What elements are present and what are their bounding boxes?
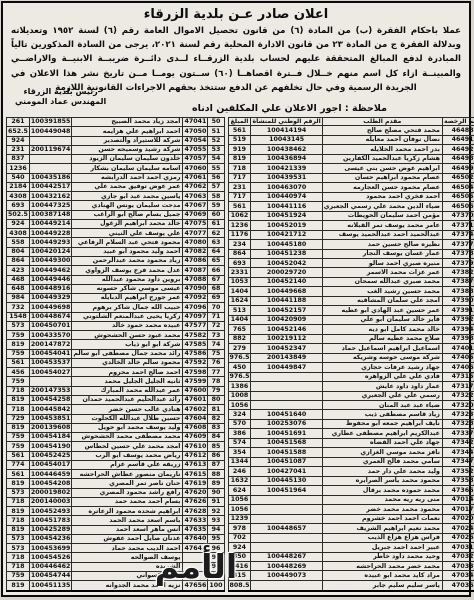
row-number: 63 bbox=[208, 238, 224, 247]
applicant-name: عدنان صايل احمد عفوش bbox=[72, 534, 183, 543]
table-row: 746504عصام محمود حسن العجارمه10046307023… bbox=[228, 183, 474, 192]
license-number: 47608 bbox=[183, 423, 208, 432]
license-number: 46499 bbox=[442, 164, 474, 173]
row-number: 91 bbox=[208, 497, 224, 506]
national-id: 100219112 bbox=[251, 334, 322, 343]
applicant-name: عامر محمد يوسف تمر القبلانه bbox=[322, 221, 442, 230]
license-number: 47609 bbox=[183, 433, 208, 442]
table-row: 9447635انس ماهر اسعد احمد100425289819 bbox=[7, 525, 225, 534]
table-row: 8947619حنان ناصر تمر المصري100454208819 bbox=[7, 479, 225, 488]
amount: 924 bbox=[228, 543, 251, 552]
national-id: 100448267 bbox=[251, 552, 322, 561]
amount: 919 bbox=[228, 145, 251, 154]
applicant-name: باسم اسعد محمد الحمد bbox=[72, 516, 183, 525]
row-number: 50 bbox=[208, 118, 224, 127]
amount: 561 bbox=[7, 358, 30, 367]
amount: 924 bbox=[7, 136, 30, 145]
license-number: 47633 bbox=[183, 516, 208, 525]
license-number: 47387 bbox=[442, 277, 474, 286]
applicant-name: عمر عزات محمد الاسمر bbox=[322, 268, 442, 277]
table-row: 1547379منيره صبري احمد سالو100452042693 bbox=[228, 258, 474, 267]
license-number: 47610 bbox=[183, 442, 208, 451]
row-number: 72 bbox=[208, 321, 224, 330]
license-number: 47378 bbox=[442, 249, 474, 258]
table-row: 2247394خالد محمد كامل ابو ديه10045214676… bbox=[228, 325, 474, 334]
applicant-name: محمود محمد ياسر الصرايره bbox=[322, 476, 442, 485]
amount: 648 bbox=[7, 284, 30, 293]
applicant-name: يوسف الصوالحه bbox=[72, 553, 183, 562]
national-id: 100454017 bbox=[29, 460, 71, 469]
license-number: 47390 bbox=[442, 296, 474, 305]
national-id: 100391855 bbox=[29, 118, 71, 127]
national-id: 100450701 bbox=[29, 321, 71, 330]
amount: 718 bbox=[228, 164, 251, 173]
applicant-name: خالد محمد ابراهيم الزغول bbox=[72, 219, 183, 228]
amount: 1008 bbox=[228, 391, 251, 400]
table-row: 2847317عمار داود داود عايش1386 bbox=[228, 382, 474, 391]
amount: 2331 bbox=[228, 268, 251, 277]
table-row: 1247374عبدالحميد احمد عبدالحميد يوسف1004… bbox=[228, 230, 474, 239]
amount: 561 bbox=[228, 202, 251, 211]
license-number: 47062 bbox=[183, 182, 208, 191]
national-id: 100454744 bbox=[29, 572, 71, 581]
license-number: 47067 bbox=[183, 201, 208, 210]
national-id: 100453537 bbox=[29, 358, 71, 367]
license-number: 47392 bbox=[442, 315, 474, 324]
applicant-name: جهاد رشيد عرفات حجازي bbox=[322, 363, 442, 372]
license-number: 47063 bbox=[183, 192, 208, 201]
license-number: 47050 bbox=[183, 127, 208, 136]
national-id: 100449847 bbox=[251, 363, 322, 372]
table-row: 4347024محمد نعيم ابراهيم الشريف100448657… bbox=[228, 524, 474, 533]
applicant-name: حبيب الله جمال شاكر برهوم bbox=[72, 303, 183, 312]
table-row: 5847063ياسين محمد عبد ابو جازي1004321624… bbox=[7, 192, 225, 201]
national-id: 100454041 bbox=[29, 349, 71, 358]
amount: 315 bbox=[228, 571, 251, 580]
amount: 976.5 bbox=[228, 372, 251, 381]
applicant-name: الشريده bbox=[72, 562, 183, 571]
license-number: 47582 bbox=[183, 331, 208, 340]
table-row: 346492بدر احمد محمد الخلايله100438462919 bbox=[228, 145, 474, 154]
table-row: 7847599ثانيه الجليل الجليل محمد759 bbox=[7, 377, 225, 386]
amount: 561 bbox=[228, 126, 251, 135]
table-row: 5647061رمزي احمد احمد الدرابشه1004351865… bbox=[7, 173, 225, 182]
amount: 231 bbox=[228, 183, 251, 192]
applicant-name: حسين طلال عبدالله الكحلوت bbox=[72, 414, 183, 423]
license-number: 47092 bbox=[183, 294, 208, 303]
amount: 978 bbox=[228, 524, 251, 533]
applicant-name: رمزي احمد احمد الدرابشه bbox=[72, 173, 183, 182]
license-number: 47406 bbox=[442, 363, 474, 372]
row-number: 62 bbox=[208, 229, 224, 238]
row-number: 80 bbox=[208, 395, 224, 404]
amount: 819 bbox=[7, 479, 30, 488]
table-row: 3847358محمود محمد ياسر الصرايره100445130… bbox=[228, 476, 474, 485]
table-row: 4847034مراد كايد محمد ابو عبيده100449073… bbox=[228, 571, 474, 580]
row-number: 79 bbox=[208, 386, 224, 395]
left-table: 5047041امجد زياد محمد الصبيح100391855261… bbox=[6, 117, 225, 592]
license-number: 47619 bbox=[183, 479, 208, 488]
national-id: 100425289 bbox=[29, 525, 71, 534]
applicant-name: عبيده محمد حمود خالد bbox=[72, 321, 183, 330]
row-number: 75 bbox=[208, 349, 224, 358]
table-row: 3147323زياد قاسم مصطفى ذيب100451640324 bbox=[228, 410, 474, 419]
row-number: 59 bbox=[208, 201, 224, 210]
amount: 804 bbox=[7, 247, 30, 256]
table-row: 7347582محمد عبود حسن الحشحوش100433570759 bbox=[7, 331, 225, 340]
row-number: 77 bbox=[208, 368, 224, 377]
license-number: 47371 bbox=[442, 221, 474, 230]
amount: 1236 bbox=[7, 164, 30, 173]
national-id bbox=[29, 164, 71, 173]
applicant-name: هنادي غالب حسن خضر bbox=[72, 405, 183, 414]
national-id bbox=[251, 391, 322, 400]
table-row: 8247604حسين طلال عبدالله الكحلوت10045385… bbox=[7, 414, 225, 423]
national-id: 100452347 bbox=[251, 344, 322, 353]
license-number: 46505 bbox=[442, 192, 474, 201]
national-id: 200019802 bbox=[29, 488, 71, 497]
license-number: 47328 bbox=[442, 419, 474, 428]
applicant-name: اسامه سليمان سليمان بشكار bbox=[72, 164, 183, 173]
license-number: 47077 bbox=[183, 229, 208, 238]
row-number: 73 bbox=[208, 331, 224, 340]
amount: 819 bbox=[7, 395, 30, 404]
license-number: 47075 bbox=[183, 219, 208, 228]
applicant-name: رسمي علي علي الجعبري bbox=[322, 391, 442, 400]
license-number: 47054 bbox=[183, 136, 208, 145]
license-number: 47086 bbox=[183, 256, 208, 265]
applicant-name: رافع راشد محمود المصري bbox=[72, 488, 183, 497]
amount: 1404 bbox=[228, 287, 251, 296]
table-row: 6447082احمد وليد محمود ابو عبيد100420124… bbox=[7, 247, 225, 256]
license-number: 47352 bbox=[442, 467, 474, 476]
national-id: 100454190 bbox=[29, 442, 71, 451]
tables-container: 5047041امجد زياد محمد الصبيح100391855261… bbox=[6, 117, 466, 592]
national-id: 100449214 bbox=[29, 219, 71, 228]
applicant-name: ثانيه الجليل الجليل محمد bbox=[72, 377, 183, 386]
amount: 450 bbox=[228, 363, 251, 372]
applicant-name: خالد محمد كامل ابو ديه bbox=[322, 325, 442, 334]
national-id: 100449462 bbox=[29, 266, 71, 275]
amount: 984 bbox=[7, 294, 30, 303]
amount: 468 bbox=[7, 275, 30, 284]
license-number: 47322 bbox=[442, 391, 474, 400]
national-id bbox=[251, 543, 322, 552]
table-row: 1047370مؤمن احمد سليمان الحويطات10045192… bbox=[228, 211, 474, 220]
license-number: 47090 bbox=[183, 284, 208, 293]
table-row: 7447585شركة ابو ابو ذياب200147872819 bbox=[7, 340, 225, 349]
national-id: 100451588 bbox=[251, 448, 322, 457]
amount: 1386 bbox=[228, 382, 251, 391]
amount: 2184 bbox=[7, 182, 30, 191]
row-number: 61 bbox=[208, 219, 224, 228]
table-row: 1447378عمار غسان يوسف النجار100451238864 bbox=[228, 249, 474, 258]
table-row: 5547060اسامه سليمان سليمان بشكار1236 bbox=[7, 164, 225, 173]
row-number: 52 bbox=[208, 136, 224, 145]
amount: 718 bbox=[7, 516, 30, 525]
license-number: 47041 bbox=[183, 118, 208, 127]
table-row: 5147050احمد ابراهيم علي هزايمه1004490486… bbox=[7, 127, 225, 136]
license-number: 47613 bbox=[183, 460, 208, 469]
amount: 1404 bbox=[228, 315, 251, 324]
national-id: 100452042 bbox=[251, 258, 322, 267]
license-number: 46504 bbox=[442, 183, 474, 192]
national-id: 200119674 bbox=[29, 145, 71, 154]
table-row: 6647087عدل محمد فرج يوسف الزواوي10044946… bbox=[7, 266, 225, 275]
national-id: 100440974 bbox=[251, 192, 322, 201]
applicant-name: زياد محمود محمد عبدالرحمن bbox=[72, 256, 183, 265]
amount: 1056 bbox=[228, 505, 251, 514]
amount: 765 bbox=[228, 325, 251, 334]
table-row: 4047014منى ريه ريه محمد1056 bbox=[228, 495, 474, 504]
row-number: 90 bbox=[208, 488, 224, 497]
table-row: 646502عصام محمود ابراهيم حسان10043953171… bbox=[228, 173, 474, 182]
national-id: 100453699 bbox=[29, 544, 71, 553]
amount: 1632 bbox=[228, 476, 251, 485]
table-row: 7747598احمد صالح احمد محروم100454027456 bbox=[7, 368, 225, 377]
table-row: 3347337عبدالكريم ابراهيم مصطفى عطاري1004… bbox=[228, 429, 474, 438]
table-row: 6047069جميل بسام صالح ابو الراغب10038714… bbox=[7, 210, 225, 219]
national-id: 100447325 bbox=[29, 201, 71, 210]
license-number: 47401 bbox=[442, 344, 474, 353]
national-id: 100448657 bbox=[251, 524, 322, 533]
amount: 573 bbox=[7, 321, 30, 330]
applicant-name: شركة ابو ابو ذياب bbox=[72, 340, 183, 349]
applicant-name: زكريا يحيى عبدالمنعم الشلتوني bbox=[72, 312, 183, 321]
amount: 540 bbox=[7, 173, 30, 182]
table-row: 3647347سامي محمد فالح العمري100451087134… bbox=[228, 457, 474, 466]
amount: 924 bbox=[7, 219, 30, 228]
table-row: 1947390امجد علي سلمان المشاقبه1004411881… bbox=[228, 296, 474, 305]
license-number: 47032 bbox=[442, 552, 474, 561]
row-number: 66 bbox=[208, 266, 224, 275]
license-number: 47612 bbox=[183, 451, 208, 460]
national-id: 100451964 bbox=[251, 486, 322, 495]
applicant-name: احمد صالح احمد محروم bbox=[72, 368, 183, 377]
license-number: 47096 bbox=[183, 303, 208, 312]
amount: 1548 bbox=[7, 312, 30, 321]
amount: 570 bbox=[228, 419, 251, 428]
table-row: 146488محمد فتحي مصلح صالح100414194561 bbox=[228, 126, 474, 135]
national-id: 100421339 bbox=[251, 164, 322, 173]
applicant-name: عيل الكسواني bbox=[72, 572, 183, 581]
national-id: 100446459 bbox=[29, 470, 71, 479]
national-id: 100448674 bbox=[29, 312, 71, 321]
national-id: 100414194 bbox=[251, 126, 322, 135]
national-id: 100449300 bbox=[29, 256, 71, 265]
table-row: 97يوسف الصوالحه100454526718 bbox=[7, 553, 225, 562]
applicant-name: ابراهيم شحده محمود الزعاتره bbox=[72, 507, 183, 516]
applicant-name: امجد علي سلمان المشاقبه bbox=[322, 296, 442, 305]
row-number: 84 bbox=[208, 433, 224, 442]
announcement-page: اعلان صادر عـن بلدية الزرقاء عملا باحكام… bbox=[1, 1, 471, 597]
amount: 718 bbox=[7, 562, 30, 571]
table-row: 1147371عامر محمد يوسف تمر القبلانه100452… bbox=[228, 221, 474, 230]
license-number bbox=[183, 572, 208, 581]
amount: 976.5 bbox=[228, 353, 251, 362]
table-row: 4547031عبير احمد احمد جبريل924 bbox=[228, 543, 474, 552]
row-number: 74 bbox=[208, 340, 224, 349]
applicant-name: امجد زياد محمد الصبيح bbox=[72, 118, 183, 127]
national-id bbox=[29, 377, 71, 386]
table-row: 4447026فراس هزاع هزاع الذيب702 bbox=[228, 533, 474, 542]
amount: 819 bbox=[7, 581, 30, 591]
applicant-name: ضياء عبد عبد المنان bbox=[322, 401, 442, 410]
national-id: 100454258 bbox=[29, 395, 71, 404]
applicant-name: محمود سالم خالد الخالدي bbox=[72, 358, 183, 367]
row-number: 100 bbox=[208, 581, 224, 591]
amount: 732 bbox=[7, 303, 30, 312]
license-number: 47635 bbox=[183, 525, 208, 534]
national-id: 200139608 bbox=[29, 423, 71, 432]
amount: 1176 bbox=[228, 230, 251, 239]
table-row: 546499ابراهيم عوض حسن بني عيسى1004213397… bbox=[228, 164, 474, 173]
applicant-name: رياض محمد يوسف ابو الرب bbox=[72, 451, 183, 460]
license-number: 47398 bbox=[442, 334, 474, 343]
national-id: 100445130 bbox=[251, 476, 322, 485]
table-row: 2747315فادي علي علي الزواهره976.5 bbox=[228, 372, 474, 381]
row-number: 53 bbox=[208, 145, 224, 154]
amount: 819 bbox=[7, 525, 30, 534]
row-number: 54 bbox=[208, 155, 224, 164]
applicant-name: زريفه علي قاسم عزام bbox=[72, 460, 183, 469]
header-amount: المبلغ bbox=[228, 118, 251, 126]
amount: 837 bbox=[7, 155, 30, 164]
table-row: 6547086زياد محمود محمد عبدالرحمن10044930… bbox=[7, 256, 225, 265]
row-number: 87 bbox=[208, 460, 224, 469]
national-id: 100449668 bbox=[251, 287, 322, 296]
amount: 819 bbox=[7, 507, 30, 516]
applicant-name: ناريمان منصور عطاش الحراحشه bbox=[72, 470, 183, 479]
license-number: 47082 bbox=[183, 247, 208, 256]
signature-block: رئيس بلدية الزرقاء المهندس عماد المومني bbox=[15, 87, 106, 107]
amount: 574 bbox=[228, 438, 251, 447]
applicant-name: بروين داود محمود عبدالله bbox=[72, 275, 183, 284]
applicant-name: عبدالحميد احمد عبدالحميد يوسف bbox=[322, 230, 442, 239]
national-id bbox=[251, 514, 322, 523]
amount: 354 bbox=[228, 448, 251, 457]
national-id bbox=[29, 155, 71, 164]
row-number: 99 bbox=[208, 572, 224, 581]
applicant-name: زياد قاسم مصطفى ذيب bbox=[322, 410, 442, 419]
table-row: 5947067مدحت سليمان يونس الهنادي100447325… bbox=[7, 201, 225, 210]
applicant-name: نزيه احمد محمد الجدوانه bbox=[72, 581, 183, 591]
applicant-name: شركة موسى حوسه وشريكه bbox=[322, 353, 442, 362]
table-row: 4147017محمود محمد محمد خضر1056 bbox=[228, 505, 474, 514]
amount: 558 bbox=[7, 238, 30, 247]
amount: 1344 bbox=[228, 457, 251, 466]
table-row: 5447057خلدون سليمان سليمان الزيود837 bbox=[7, 155, 225, 164]
license-number: 47388 bbox=[442, 287, 474, 296]
national-id bbox=[251, 505, 322, 514]
license-number: 47598 bbox=[183, 368, 208, 377]
license-number: 47055 bbox=[183, 145, 208, 154]
amount: 456 bbox=[7, 368, 30, 377]
applicant-name: هشام زكريا عبدالحميد الكفارين bbox=[322, 154, 442, 163]
national-id: 100451640 bbox=[251, 410, 322, 419]
amount: 759 bbox=[7, 433, 30, 442]
applicant-name: جميل بسام صالح ابو الراغب bbox=[72, 210, 183, 219]
applicant-name: محمد خضر محمد الحراحشه bbox=[322, 561, 442, 570]
license-number: 47577 bbox=[183, 321, 208, 330]
amount: 718 bbox=[7, 497, 30, 506]
national-id: 10043145 bbox=[251, 135, 322, 144]
amount: 774 bbox=[7, 460, 30, 469]
table-row: 8347608وليد يوسف محمد ابو حويل2001396088… bbox=[7, 423, 225, 432]
table-row: 5747062عمر عوض توفيق محمد علي10044251721… bbox=[7, 182, 225, 191]
national-id: 100451691 bbox=[251, 429, 322, 438]
applicant-name: امجد محمد علي حسين لحطاس bbox=[72, 442, 183, 451]
national-id: 100449048 bbox=[29, 127, 71, 136]
table-row: 7947600عمر عبدالله محمد المبارك200147353… bbox=[7, 386, 225, 395]
national-id: 100452019 bbox=[251, 221, 322, 230]
amount: 864 bbox=[7, 256, 30, 265]
header-national-id: الرقم الوطني للمنشأة bbox=[251, 118, 322, 126]
applicant-name: نعمات احمد احمد خشروم bbox=[322, 514, 442, 523]
license-number: 47020 bbox=[442, 514, 474, 523]
license-number: 47599 bbox=[183, 377, 208, 386]
national-id: 100420124 bbox=[29, 247, 71, 256]
amount: 693 bbox=[7, 201, 30, 210]
license-number: 47057 bbox=[183, 155, 208, 164]
table-row: 6347080محمود فتحي عبد السلام الرفاعي1004… bbox=[7, 238, 225, 247]
right-table: الرقم رقم الرخصة مقدم الطلب الرقم الوطني… bbox=[228, 117, 474, 592]
table-row: 3047320ضياء عبد عبد المنان1056 bbox=[228, 401, 474, 410]
applicant-name: بدر احمد محمد الخلايله bbox=[322, 145, 442, 154]
national-id: 100451924 bbox=[251, 211, 322, 220]
table-row: 6947092عمر جورج ابراهيم الدبايله10044932… bbox=[7, 294, 225, 303]
applicant-name: عدل محمد فرج يوسف الزواوي bbox=[72, 266, 183, 275]
row-number: 67 bbox=[208, 275, 224, 284]
row-number: 85 bbox=[208, 442, 224, 451]
national-id: 100420909 bbox=[251, 315, 322, 324]
table-row: 1647382عمر عزات محمد الاسمر2000297202331 bbox=[228, 268, 474, 277]
applicant-name: محمد عبود حسن الحشحوش bbox=[72, 331, 183, 340]
license-number: 47024 bbox=[442, 524, 474, 533]
table-row: 7047096حبيب الله جمال شاكر برهوم10044969… bbox=[7, 303, 225, 312]
table-row: 7547586رائد محمد جمال مصطفى ابو سالم1004… bbox=[7, 349, 225, 358]
applicant-name: وليد يوسف محمد ابو حويل bbox=[72, 423, 183, 432]
amount: 819 bbox=[228, 154, 251, 163]
national-id: 100453851 bbox=[29, 414, 71, 423]
license-number: 47344 bbox=[442, 448, 474, 457]
amount: 864 bbox=[228, 249, 251, 258]
table-row: 2947322رسمي علي علي الجعبري1008 bbox=[228, 391, 474, 400]
applicant-name: حنان ناصر تمر المصري bbox=[72, 479, 183, 488]
table-row: 8847615ناريمان منصور عطاش الحراحشه100446… bbox=[7, 470, 225, 479]
amount: 759 bbox=[7, 572, 30, 581]
license-number: 47088 bbox=[183, 275, 208, 284]
applicant-name: عصام محمود ابراهيم حسان bbox=[322, 173, 442, 182]
amount: 718 bbox=[7, 553, 30, 562]
applicant-name: عمر عوض توفيق محمد علي bbox=[72, 182, 183, 191]
applicant-name: ياسر سليم سليم جابر bbox=[322, 580, 442, 591]
license-number: 47586 bbox=[183, 349, 208, 358]
national-id: 100427041 bbox=[251, 467, 322, 476]
applicant-name: ابراهيم عوض حسن بني عيسى bbox=[322, 164, 442, 173]
national-id: 100452157 bbox=[251, 306, 322, 315]
row-number: 76 bbox=[208, 358, 224, 367]
row-number: 71 bbox=[208, 312, 224, 321]
national-id: 100449698 bbox=[29, 303, 71, 312]
applicant-name: عمر حسين عبد الهادي ابو عطيه bbox=[322, 306, 442, 315]
license-number: 47585 bbox=[183, 340, 208, 349]
table-row: 8547610امجد محمد علي حسين لحطاس100454190… bbox=[7, 442, 225, 451]
applicant-name: رائد محمد جمال مصطفى ابو سالم bbox=[72, 349, 183, 358]
row-number: 56 bbox=[208, 173, 224, 182]
amount: 759 bbox=[7, 331, 30, 340]
national-id: 100446462 bbox=[29, 562, 71, 571]
